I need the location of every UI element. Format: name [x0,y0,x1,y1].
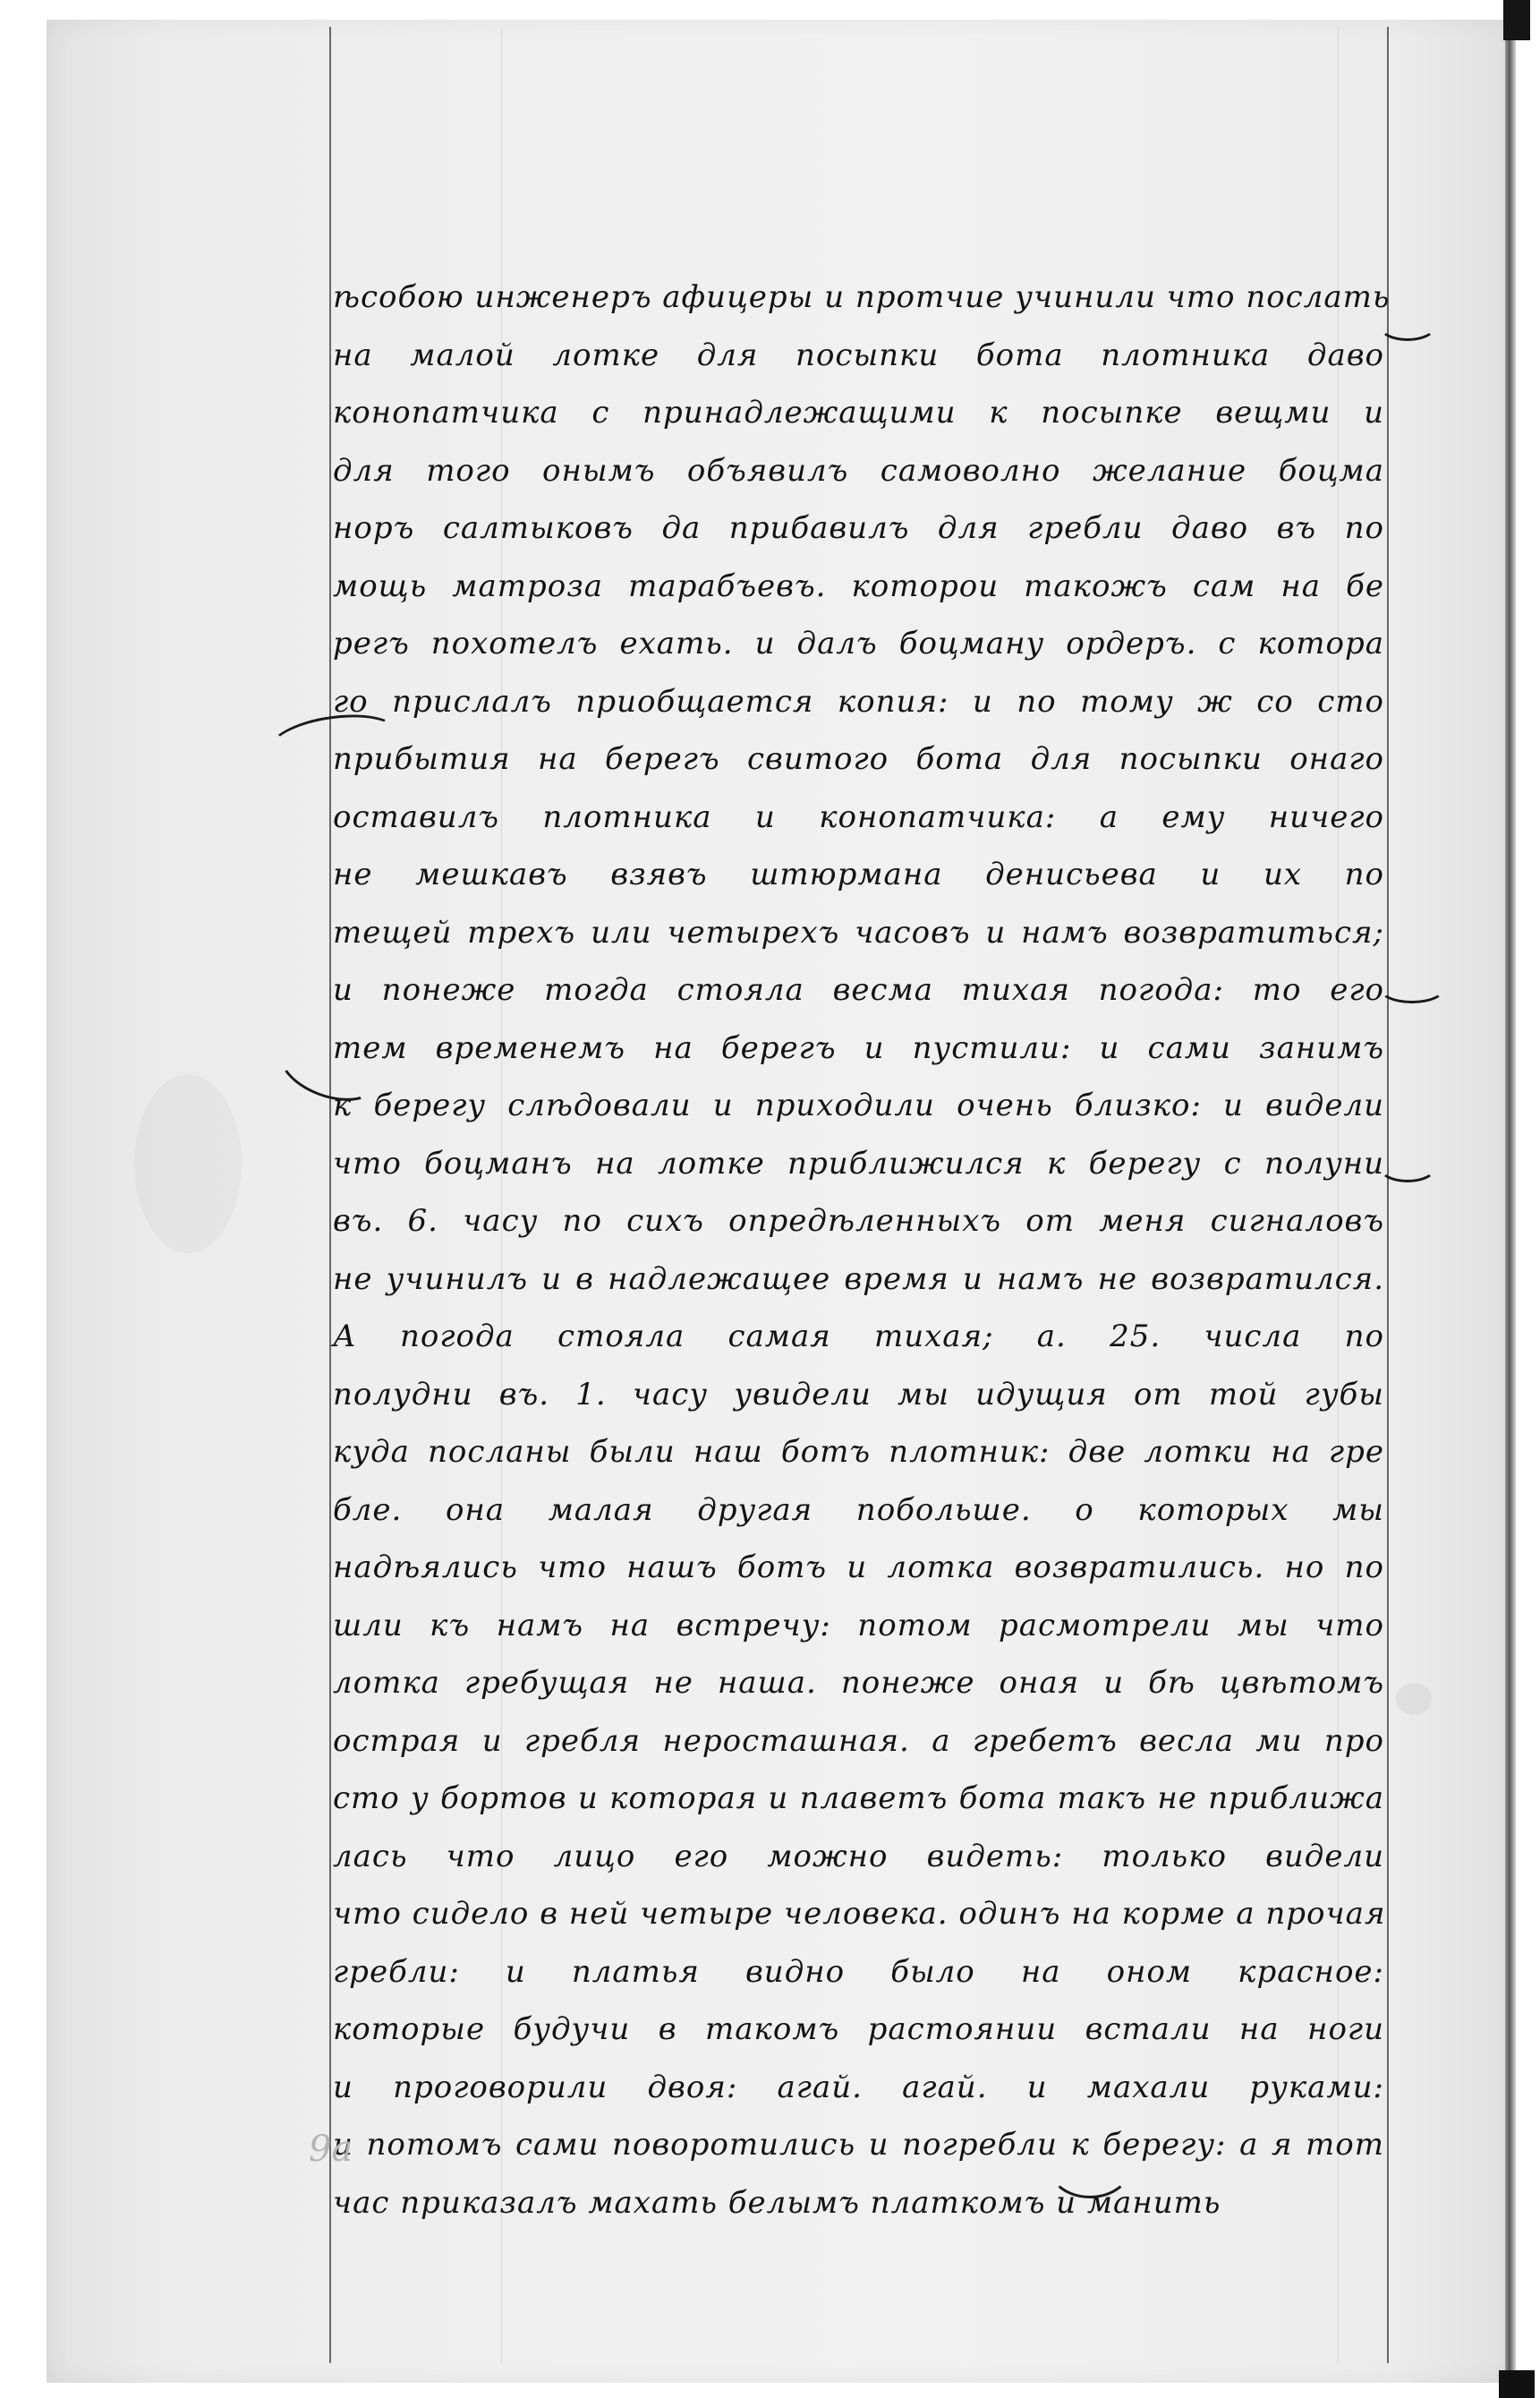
manuscript-line: острая и гребля неросташная. а гребетъ в… [333,1712,1384,1771]
manuscript-line: бле. она малая другая побольше. о которы… [333,1481,1384,1540]
manuscript-line: и понеже тогда стояла весма тихая погода… [333,961,1384,1020]
manuscript-line: ѣсобою инженеръ афицеры и протчие учинил… [333,269,1384,327]
manuscript-line: к берегу слѣдовали и приходили очень бли… [333,1077,1384,1135]
manuscript-line: тещей трехъ или четырехъ часовъ и намъ в… [333,904,1384,962]
manuscript-line: прибытия на берегъ свитого бота для посы… [333,730,1384,789]
manuscript-line: час приказалъ махать белымъ платкомъ и м… [333,2174,1384,2232]
manuscript-line: полудни въ. 1. часу увидели мы идущия от… [333,1366,1384,1424]
manuscript-line: и проговорили двоя: агай. агай. и махали… [333,2059,1384,2117]
binding-shadow-top [1503,0,1530,40]
manuscript-line: мощь матроза тарабъевъ. которои такожъ с… [333,558,1384,616]
binding-shadow-bottom [1499,2370,1535,2398]
manuscript-line: гребли: и платья видно было на оном крас… [333,1943,1384,2001]
pen-flourish [1378,971,1446,1003]
folio-number: 9a [309,2129,353,2170]
manuscript-line: лотка гребущая не наша. понеже оная и бѣ… [333,1654,1384,1712]
manuscript-line: норъ салтыковъ да прибавилъ для гребли д… [333,499,1384,558]
manuscript-line: лась что лицо его можно видеть: только в… [333,1828,1384,1886]
manuscript-line: надѣялись что нашъ ботъ и лотка возврати… [333,1539,1384,1597]
manuscript-line: А погода стояла самая тихая; а. 25. числ… [333,1308,1384,1366]
pen-flourish [1378,309,1437,341]
manuscript-line: въ. 6. часу по сихъ опредѣленныхъ от мен… [333,1192,1384,1250]
paper-stain [1396,1683,1432,1715]
manuscript-line: что сидело в ней четыре человека. одинъ … [333,1885,1384,1943]
manuscript-line: что боцманъ на лотке приближился к берег… [333,1135,1384,1193]
binding-edge [1505,0,1516,2398]
manuscript-line: тем временемъ на берегъ и пустили: и сам… [333,1020,1384,1078]
paper-stain [134,1074,242,1253]
manuscript-line: и потомъ сами поворотились и погребли к … [333,2116,1384,2174]
manuscript-line: для того онымъ объявилъ самоволно желани… [333,442,1384,500]
manuscript-line: шли къ намъ на встречу: потом расмотрели… [333,1597,1384,1655]
manuscript-line: конопатчика с принадлежащими к посыпке в… [333,384,1384,442]
right-margin-rule [1387,27,1389,2363]
manuscript-line: куда посланы были наш ботъ плотник: две … [333,1423,1384,1481]
manuscript-line: не мешкавъ взявъ штюрмана денисьева и их… [333,846,1384,904]
manuscript-line: го прислалъ приобщается копия: и по тому… [333,673,1384,731]
manuscript-text-block: ѣсобою инженеръ афицеры и протчие учинил… [333,269,1384,2232]
pen-flourish [1047,2130,1133,2198]
manuscript-line: сто у бортов и которая и плаветъ бота та… [333,1770,1384,1828]
pen-flourish [1378,1150,1437,1182]
manuscript-line: на малой лотке для посыпки бота плотника… [333,327,1384,385]
manuscript-line: регъ похотелъ ехать. и далъ боцману орде… [333,615,1384,673]
manuscript-line: оставилъ плотника и конопатчика: а ему н… [333,789,1384,847]
left-margin-rule [329,27,331,2363]
manuscript-line: которые будучи в такомъ растоянии встали… [333,2001,1384,2059]
manuscript-line: не учинилъ и в надлежащее время и намъ н… [333,1250,1384,1309]
